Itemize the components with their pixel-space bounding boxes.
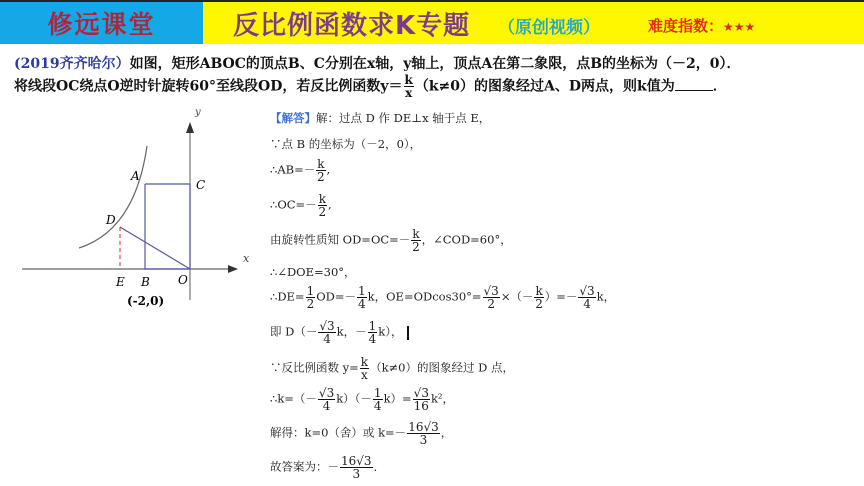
hyperbola-curve — [79, 146, 147, 248]
difficulty-rating: 难度指数：★★★ — [648, 15, 755, 36]
period: ． — [713, 79, 727, 95]
answer-blank — [675, 78, 713, 91]
problem-source: (2019齐齐哈尔） — [14, 56, 130, 72]
rectangle-ABOC — [145, 184, 190, 269]
difficulty-label: 难度指数： — [648, 17, 723, 35]
geometry-figure: y x A C D E B O (-2,0) — [0, 100, 270, 320]
solution-step-7: ∴DE=12OD=－14k，OE=ODcos30°=√32×（－k2）=－√34… — [270, 285, 615, 310]
brand-name: 修远课堂 — [47, 5, 155, 41]
header-banner: 修远课堂 反比例函数求K专题 （原创视频） 难度指数：★★★ — [0, 0, 864, 44]
svg-text:y: y — [194, 107, 201, 118]
solution-final-answer: 故答案为：－16√33． — [270, 455, 385, 480]
brand-block: 修远课堂 — [0, 2, 203, 44]
solution-step-2: ∵点 B 的坐标为（－2，0）， — [270, 136, 421, 152]
segment-OD — [120, 227, 190, 269]
solution-step-11: 解得：k=0（舍）或 k=－16√33， — [270, 421, 452, 446]
svg-text:E: E — [115, 275, 125, 289]
title-bar: 反比例函数求K专题 （原创视频） 难度指数：★★★ — [203, 2, 864, 44]
svg-text:O: O — [178, 273, 188, 287]
y-axis-arrow-icon — [186, 122, 194, 133]
svg-text:D: D — [105, 213, 116, 227]
svg-text:(-2,0): (-2,0) — [127, 294, 164, 308]
svg-text:A: A — [130, 169, 140, 183]
svg-text:B: B — [140, 275, 150, 289]
svg-text:x: x — [243, 252, 250, 265]
solution-tag: 【解答】 — [270, 111, 316, 125]
original-tag: （原创视频） — [498, 13, 600, 38]
problem-line-1: (2019齐齐哈尔）如图，矩形ABOC的顶点B、C分别在x轴，y轴上，顶点A在第… — [14, 53, 741, 73]
solution-step-4: ∴OC=－k2, — [270, 193, 332, 218]
problem-text-1: 如图，矩形ABOC的顶点B、C分别在x轴，y轴上，顶点A在第二象限，点B的坐标为… — [130, 56, 741, 72]
problem-line-2: 将线段OC绕点O逆时针旋转60°至线段OD，若反比例函数y＝kx（k≠0）的图象… — [14, 74, 727, 99]
video-title: 反比例函数求K专题 — [233, 5, 470, 42]
text-cursor — [407, 326, 409, 340]
x-axis-arrow-icon — [228, 265, 238, 273]
solution-step-10: ∴k=（－√34k）（－14k）=√316k²， — [270, 387, 454, 412]
solution-step-3: ∴AB=－k2, — [270, 158, 330, 183]
solution-step-6: ∴∠DOE=30°， — [270, 264, 356, 280]
svg-text:C: C — [196, 178, 205, 192]
fraction-k-over-x: kx — [404, 74, 414, 99]
solution-step-1: 【解答】解：过点 D 作 DE⊥x 轴于点 E， — [270, 110, 490, 126]
solution-step-5: 由旋转性质知 OD=OC=－k2，∠COD=60°， — [270, 228, 512, 253]
problem-text-2b: （k≠0）的图象经过A、D两点，则k值为 — [415, 79, 675, 95]
solution-step-8: 即 D（－√34k，－14k）， — [270, 320, 409, 345]
star-icons: ★★★ — [723, 20, 755, 34]
solution-step-9: ∵反比例函数 y=kx（k≠0）的图象经过 D 点， — [270, 356, 514, 381]
problem-text-2a: 将线段OC绕点O逆时针旋转60°至线段OD，若反比例函数y＝ — [14, 79, 403, 95]
